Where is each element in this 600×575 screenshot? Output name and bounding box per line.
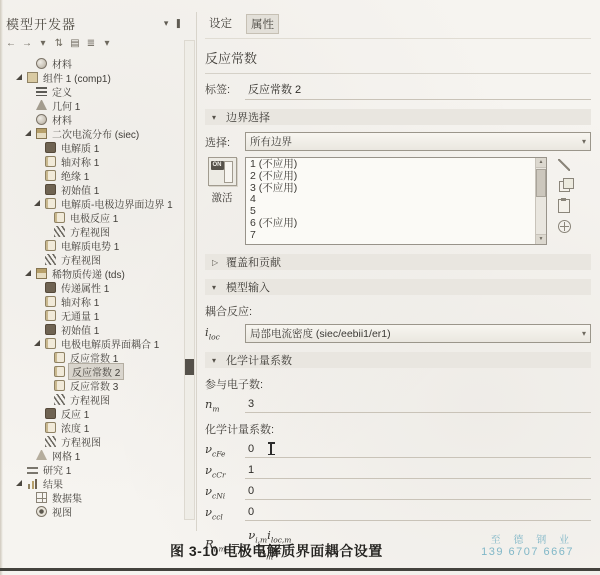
section-header-boundary-selection[interactable]: ▾ 边界选择	[205, 109, 591, 125]
stoich-input[interactable]: 0	[245, 504, 591, 521]
settings-tab-bar: 设定属性	[205, 14, 591, 39]
datasets-icon	[36, 492, 47, 503]
label-input[interactable]: 反应常数 2	[245, 81, 591, 100]
electrons-caption: 参与电子数:	[205, 376, 591, 392]
twisty-spacer	[33, 283, 42, 292]
tree-item-label: 材料	[50, 56, 74, 71]
twisty-spacer	[33, 311, 42, 320]
section-label: 模型输入	[226, 279, 270, 295]
tree-item[interactable]: 浓度 1	[6, 420, 182, 434]
show-menu-icon[interactable]: ▾	[38, 38, 48, 49]
tree-item[interactable]: 无通量 1	[6, 308, 182, 322]
tree-item[interactable]: 电极反应 1	[6, 210, 182, 224]
boundary-icon	[45, 338, 56, 349]
boundary-icon	[45, 310, 56, 321]
expand-arrow-icon[interactable]	[33, 199, 42, 208]
tree-item[interactable]: 反应 1	[6, 406, 182, 420]
tree-item[interactable]: 研究 1	[6, 462, 182, 476]
tree-item[interactable]: 电解质 1	[6, 140, 182, 154]
scroll-down-icon[interactable]: ▼	[536, 234, 546, 244]
twisty-spacer	[33, 255, 42, 264]
tree-item[interactable]: 电解质-电极边界面边界 1	[6, 196, 182, 210]
component-icon	[27, 72, 38, 83]
model-tree: 材料组件 1 (comp1)定义几何 1材料二次电流分布 (siec)电解质 1…	[6, 56, 182, 518]
coefficient-rows: νcFe0νcCr1νcNi0νccl0	[205, 441, 591, 521]
coefficients-caption: 化学计量系数:	[205, 421, 591, 437]
filter-icon[interactable]: ≣	[86, 38, 96, 49]
section-toggle-icon[interactable]: ▾	[212, 356, 221, 365]
coupled-reaction-value: 局部电流密度 (siec/eebii1/er1)	[250, 326, 391, 341]
tree-item[interactable]: 轴对称 1	[6, 154, 182, 168]
activate-label: 激活	[205, 190, 239, 205]
boundary-icon	[54, 212, 65, 223]
twisty-spacer	[33, 437, 42, 446]
tree-item[interactable]: 初始值 1	[6, 182, 182, 196]
tree-item-label: 初始值 1	[59, 322, 101, 337]
tree-item-label: 数据集	[50, 490, 84, 505]
electrons-value: 3	[248, 398, 254, 410]
section-label: 覆盖和贡献	[226, 254, 281, 270]
section-toggle-icon[interactable]: ▷	[212, 258, 221, 267]
watermark: 至 德 钢 业 139 6707 6667	[481, 531, 574, 558]
model-builder-toolbar: ←→▾⇅▤≣▾	[6, 38, 182, 49]
settings-title: 反应常数	[205, 48, 591, 67]
expand-arrow-icon[interactable]	[33, 339, 42, 348]
tree-item-label: 轴对称 1	[59, 154, 101, 169]
tree-item-label: 轴对称 1	[59, 294, 101, 309]
selection-row: 选择: 所有边界 ▾	[205, 132, 591, 151]
expand-arrow-icon[interactable]	[15, 73, 24, 82]
boundary-list-item[interactable]: 6 (不应用)	[250, 218, 534, 230]
twisty-spacer	[33, 423, 42, 432]
tree-item[interactable]: 反应常数 3	[6, 378, 182, 392]
tree-item-label: 研究 1	[41, 462, 73, 477]
mesh-icon	[36, 450, 47, 460]
tree-item[interactable]: 初始值 1	[6, 322, 182, 336]
iloc-row: iloc 局部电流密度 (siec/eebii1/er1) ▾	[205, 324, 591, 343]
twisty-spacer	[33, 171, 42, 180]
twisty-spacer	[33, 241, 42, 250]
title-divider	[205, 73, 591, 74]
twisty-spacer	[33, 143, 42, 152]
boundary-icon	[45, 156, 56, 167]
boundary-list-item[interactable]: 4	[250, 194, 534, 206]
tree-item[interactable]: 轴对称 1	[6, 294, 182, 308]
electrons-input[interactable]: 3	[245, 396, 591, 413]
on-badge: ON	[211, 161, 224, 170]
tree-item-label: 定义	[50, 84, 74, 99]
coefficient-row: νccl0	[205, 504, 591, 521]
wand-icon[interactable]	[558, 159, 570, 171]
twisty-spacer	[42, 367, 51, 376]
chevron-down-icon[interactable]: ▾	[164, 18, 169, 29]
tree-item[interactable]: 组件 1 (comp1)	[6, 70, 182, 84]
boundary-icon	[54, 366, 65, 377]
tree-item-label: 电极电解质界面耦合 1	[59, 336, 161, 351]
boundary-icon	[45, 170, 56, 181]
domain-icon	[45, 324, 56, 335]
forward-icon[interactable]: →	[22, 38, 32, 49]
twisty-spacer	[42, 381, 51, 390]
tree-item-label: 绝缘 1	[59, 168, 91, 183]
tree-item[interactable]: 方程视图	[6, 252, 182, 266]
section-header-override[interactable]: ▷ 覆盖和贡献	[205, 254, 591, 270]
equation-icon	[45, 254, 56, 265]
materials-icon	[36, 58, 47, 69]
activate-column: ON 激活	[205, 157, 239, 205]
iloc-symbol: iloc	[205, 325, 239, 341]
tree-item-label: 网格 1	[50, 448, 82, 463]
coefficient-row: νcFe0	[205, 441, 591, 458]
boundary-icon	[45, 422, 56, 433]
electrons-row: nm 3	[205, 396, 591, 413]
tree-item[interactable]: 材料	[6, 56, 182, 70]
pin-icon[interactable]: ❚	[174, 18, 182, 29]
tree-item[interactable]: 结果	[6, 476, 182, 490]
stoich-value: 0	[248, 506, 254, 518]
tree-item[interactable]: 传递属性 1	[6, 280, 182, 294]
tree-item[interactable]: 电解质电势 1	[6, 238, 182, 252]
label-field-caption: 标签:	[205, 81, 239, 97]
boundary-icon	[54, 380, 65, 391]
physics-icon	[36, 268, 47, 279]
tree-item-label: 视图	[50, 504, 74, 519]
stoich-value: 1	[248, 464, 254, 476]
page-edge-shadow	[0, 0, 3, 575]
twisty-spacer	[24, 101, 33, 110]
coupled-reaction-dropdown[interactable]: 局部电流密度 (siec/eebii1/er1) ▾	[245, 324, 591, 343]
tree-item[interactable]: 二次电流分布 (siec)	[6, 126, 182, 140]
twisty-spacer	[42, 227, 51, 236]
twisty-spacer	[24, 451, 33, 460]
tree-item-label: 方程视图	[59, 252, 103, 267]
tree-item[interactable]: 材料	[6, 112, 182, 126]
tree-item-label: 电极反应 1	[68, 210, 120, 225]
twisty-spacer	[33, 409, 42, 418]
section-header-stoichiometric[interactable]: ▾ 化学计量系数	[205, 352, 591, 368]
twisty-spacer	[24, 87, 33, 96]
tree-item[interactable]: 网格 1	[6, 448, 182, 462]
tree-item-label: 二次电流分布 (siec)	[50, 126, 141, 141]
tree-item-label: 反应 1	[59, 406, 91, 421]
stoich-symbol: νcNi	[205, 484, 239, 500]
physics-icon	[36, 128, 47, 139]
tree-item-label: 电解质 1	[59, 140, 101, 155]
selection-tool-icons	[553, 157, 575, 233]
equation-icon	[45, 436, 56, 447]
domain-icon	[45, 142, 56, 153]
boundary-list-item[interactable]: 3 (不应用)	[250, 183, 534, 195]
section-header-model-input[interactable]: ▾ 模型输入	[205, 279, 591, 295]
section-toggle-icon[interactable]: ▾	[212, 283, 221, 292]
text-cursor-icon	[270, 442, 272, 455]
stoich-input[interactable]: 0	[245, 483, 591, 500]
stoich-value: 0	[248, 485, 254, 497]
equation-icon	[54, 394, 65, 405]
tree-scrollbar-thumb[interactable]	[185, 359, 194, 375]
stoich-value: 0	[248, 443, 254, 455]
stoich-symbol: νcFe	[205, 442, 239, 458]
tree-item-label: 材料	[50, 112, 74, 127]
twisty-spacer	[24, 59, 33, 68]
tree-item-label: 组件 1 (comp1)	[41, 70, 113, 85]
materials-icon	[36, 114, 47, 125]
tree-item-label: 几何 1	[50, 98, 82, 113]
list-scrollbar-thumb[interactable]	[536, 169, 546, 197]
twisty-spacer	[33, 157, 42, 166]
views-icon	[36, 506, 47, 517]
tree-item[interactable]: 定义	[6, 84, 182, 98]
paste-icon[interactable]	[558, 199, 570, 213]
label-field-row: 标签: 反应常数 2	[205, 81, 591, 100]
twisty-spacer	[33, 185, 42, 194]
watermark-phone: 139 6707 6667	[481, 546, 574, 558]
collapse-expand-icon[interactable]: ⇅	[54, 38, 64, 49]
watermark-name: 至 德 钢 业	[481, 531, 574, 546]
boundary-list-item[interactable]: 7	[250, 230, 534, 242]
back-icon[interactable]: ←	[6, 38, 16, 49]
tree-item-label: 电解质-电极边界面边界 1	[59, 196, 175, 211]
scanned-book-page: 模型开发器 ▾❚ ←→▾⇅▤≣▾ 材料组件 1 (comp1)定义几何 1材料二…	[0, 0, 600, 575]
expand-arrow-icon[interactable]	[15, 479, 24, 488]
tree-item-label: 结果	[41, 476, 65, 491]
tree-item[interactable]: 电极电解质界面耦合 1	[6, 336, 182, 350]
tree-item-label: 浓度 1	[59, 420, 91, 435]
boundary-icon	[45, 198, 56, 209]
tree-item-label: 电解质电势 1	[59, 238, 121, 253]
tree-item[interactable]: 稀物质传递 (tds)	[6, 266, 182, 280]
selection-dropdown[interactable]: 所有边界 ▾	[245, 132, 591, 151]
tree-item-label: 反应常数 3	[68, 378, 120, 393]
toggle-pane	[224, 161, 233, 183]
label-input-value: 反应常数 2	[248, 81, 301, 97]
study-icon	[27, 467, 38, 474]
definitions-icon	[36, 87, 47, 96]
expand-arrow-icon[interactable]	[24, 269, 33, 278]
selection-caption: 选择:	[205, 134, 239, 150]
results-icon	[27, 478, 38, 489]
twisty-spacer	[42, 353, 51, 362]
domain-icon	[45, 408, 56, 419]
coupled-reaction-caption: 耦合反应:	[205, 303, 591, 319]
dropdown-arrow-icon: ▾	[582, 329, 586, 338]
selection-dropdown-value: 所有边界	[250, 134, 292, 149]
twisty-spacer	[42, 213, 51, 222]
tree-item[interactable]: 方程视图	[6, 434, 182, 448]
tree-item[interactable]: 方程视图	[6, 224, 182, 238]
boundary-list-item[interactable]: 2 (不应用)	[250, 171, 534, 183]
boundary-list-items: 1 (不应用)2 (不应用)3 (不应用)456 (不应用)7	[246, 159, 546, 242]
boundary-icon	[45, 240, 56, 251]
tree-item[interactable]: 绝缘 1	[6, 168, 182, 182]
coefficient-row: νcCr1	[205, 462, 591, 479]
tab-属性[interactable]: 属性	[246, 14, 279, 34]
stoich-symbol: νcCr	[205, 463, 239, 479]
twisty-spacer	[33, 325, 42, 334]
twisty-spacer	[24, 115, 33, 124]
section-label: 化学计量系数	[226, 352, 292, 368]
tree-item-label: 方程视图	[68, 224, 112, 239]
model-builder-panel: 模型开发器 ▾❚ ←→▾⇅▤≣▾ 材料组件 1 (comp1)定义几何 1材料二…	[6, 14, 182, 529]
geometry-icon	[36, 100, 47, 110]
activate-toggle-button[interactable]: ON	[208, 157, 237, 186]
stoich-input[interactable]: 0	[245, 441, 591, 458]
boundary-icon	[45, 296, 56, 307]
tree-item-label: 初始值 1	[59, 182, 101, 197]
section-label: 边界选择	[226, 109, 270, 125]
more-options-icon[interactable]: ▾	[102, 38, 112, 49]
model-builder-title: 模型开发器	[6, 14, 76, 33]
tab-设定[interactable]: 设定	[205, 14, 236, 34]
expand-arrow-icon[interactable]	[24, 129, 33, 138]
panel-divider[interactable]	[196, 12, 197, 531]
dropdown-arrow-icon: ▾	[582, 137, 586, 146]
twisty-spacer	[15, 465, 24, 474]
boundary-list[interactable]: 1 (不应用)2 (不应用)3 (不应用)456 (不应用)7 ▲ ▼	[245, 157, 547, 245]
tree-scrollbar[interactable]	[184, 40, 195, 520]
tree-item-label: 方程视图	[59, 434, 103, 449]
tree-item[interactable]: 几何 1	[6, 98, 182, 112]
equation-icon	[54, 226, 65, 237]
twisty-spacer	[24, 493, 33, 502]
twisty-spacer	[33, 297, 42, 306]
tree-item[interactable]: 视图	[6, 504, 182, 518]
settings-panel: 设定属性 反应常数 标签: 反应常数 2 ▾ 边界选择 选择: 所有边界 ▾ O…	[205, 14, 591, 562]
domain-icon	[45, 184, 56, 195]
model-builder-header: 模型开发器 ▾❚	[6, 14, 182, 33]
model-report-icon[interactable]: ▤	[70, 38, 80, 49]
figure-caption: 图 3-10 电极电解质界面耦合设置	[170, 541, 383, 561]
scroll-up-icon[interactable]: ▲	[536, 158, 546, 168]
tree-item-label: 方程视图	[68, 392, 112, 407]
tree-item[interactable]: 反应常数 2	[6, 364, 182, 378]
boundary-selection-body: ON 激活 1 (不应用)2 (不应用)3 (不应用)456 (不应用)7 ▲ …	[205, 157, 591, 245]
page-bottom-rule	[0, 568, 600, 571]
stoich-symbol: νccl	[205, 505, 239, 521]
coefficient-row: νcNi0	[205, 483, 591, 500]
domain-icon	[45, 282, 56, 293]
tree-item[interactable]: 方程视图	[6, 392, 182, 406]
tree-item[interactable]: 数据集	[6, 490, 182, 504]
tree-item-label: 稀物质传递 (tds)	[50, 266, 127, 281]
section-toggle-icon[interactable]: ▾	[212, 113, 221, 122]
list-scrollbar[interactable]: ▲ ▼	[535, 158, 546, 244]
stoich-input[interactable]: 1	[245, 462, 591, 479]
electrons-symbol: nm	[205, 397, 239, 413]
tree-item-label: 传递属性 1	[59, 280, 111, 295]
twisty-spacer	[42, 395, 51, 404]
boundary-icon	[54, 352, 65, 363]
tree-item-label: 无通量 1	[59, 308, 101, 323]
model-builder-header-icons: ▾❚	[164, 18, 182, 29]
twisty-spacer	[24, 507, 33, 516]
zoom-selection-icon[interactable]	[558, 220, 571, 233]
copy-icon[interactable]	[559, 181, 570, 192]
